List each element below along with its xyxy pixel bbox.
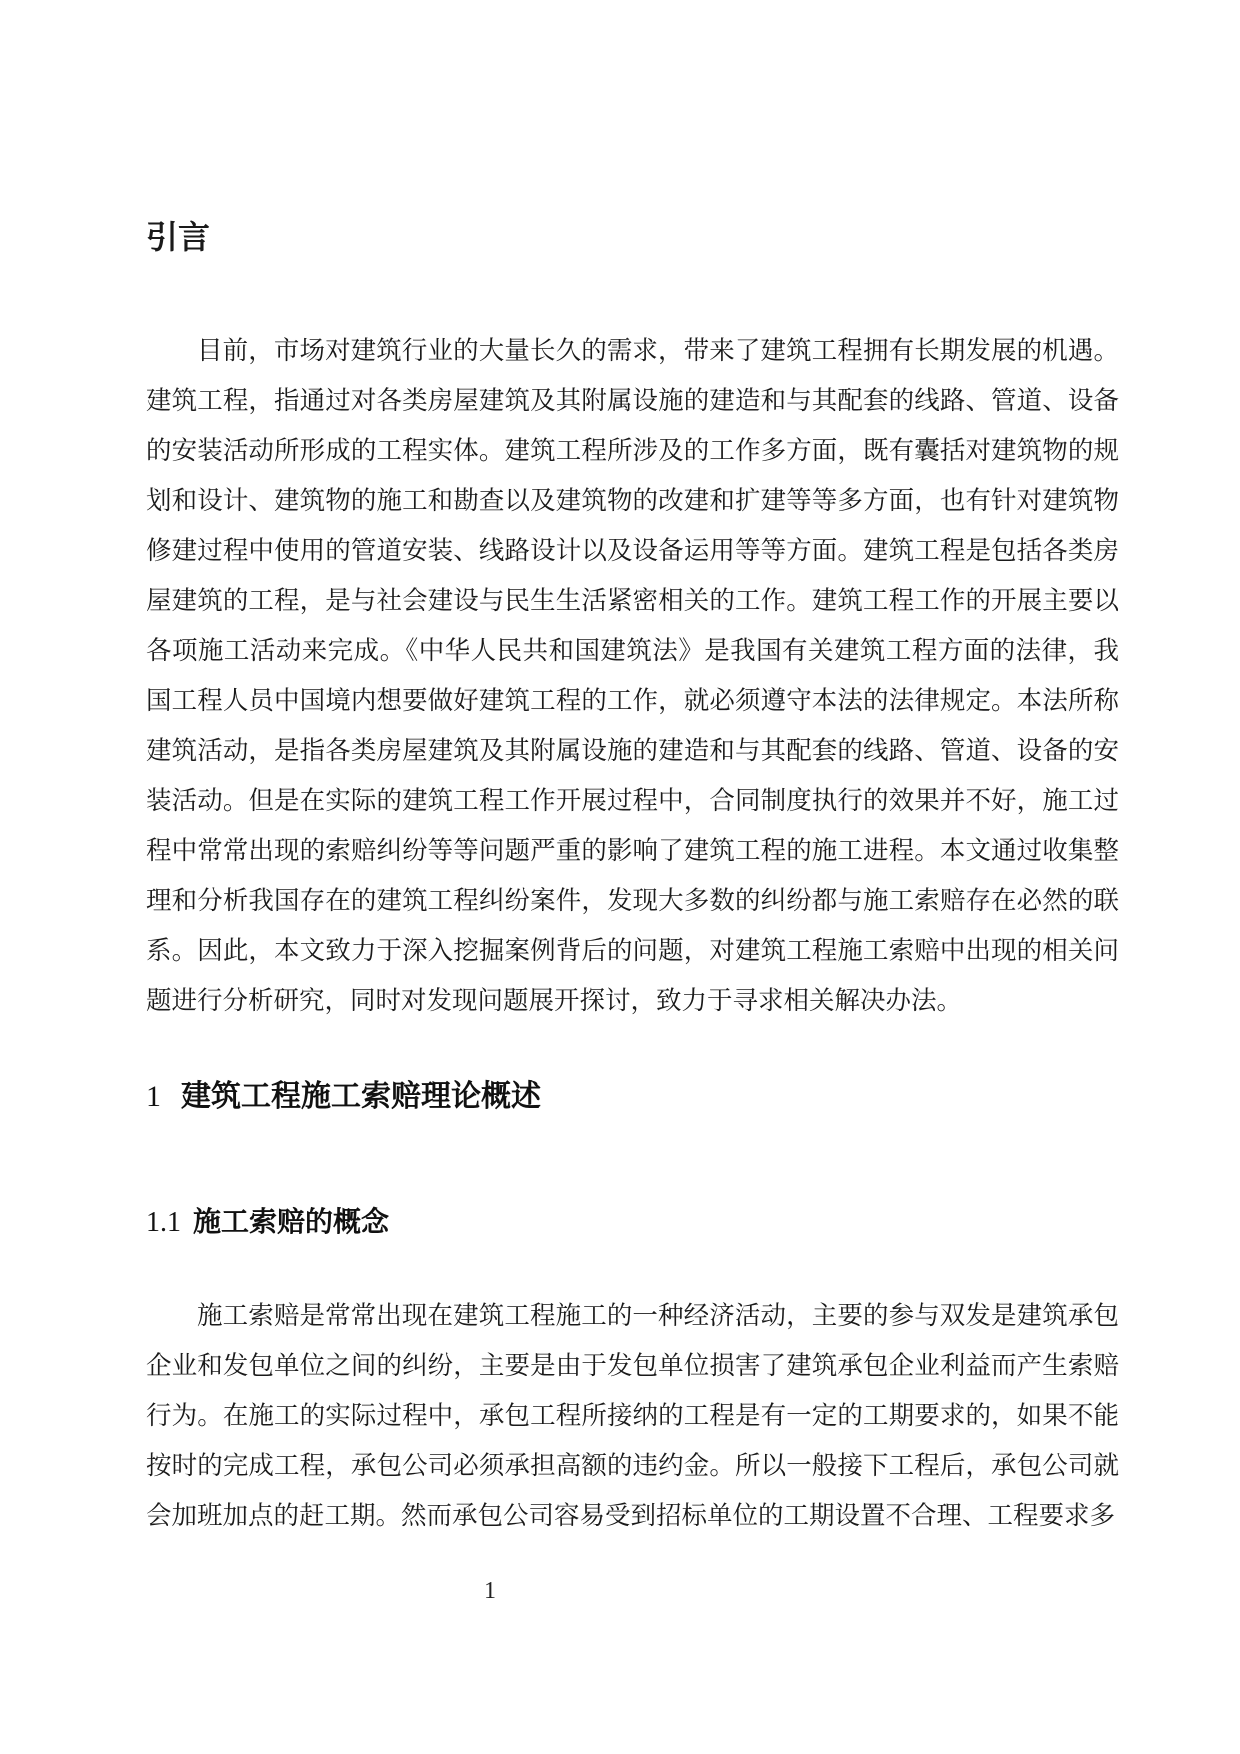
section-1-title: 建筑工程施工索赔理论概述 bbox=[181, 1080, 541, 1113]
subsection-1-1-paragraph: 施工索赔是常常出现在建筑工程施工的一种经济活动，主要的参与双发是建筑承包企业和发… bbox=[146, 1291, 1119, 1541]
subsection-1-1-heading: 1.1施工索赔的概念 bbox=[146, 1202, 1119, 1243]
document-title: 引言 bbox=[146, 216, 1119, 258]
section-1-number: 1 bbox=[146, 1080, 161, 1113]
page-number: 1 bbox=[478, 1576, 502, 1606]
document-page: 引言 目前，市场对建筑行业的大量长久的需求，带来了建筑工程拥有长期发展的机遇。建… bbox=[0, 0, 1240, 1754]
intro-paragraph: 目前，市场对建筑行业的大量长久的需求，带来了建筑工程拥有长期发展的机遇。建筑工程… bbox=[146, 326, 1119, 1026]
subsection-1-1-title: 施工索赔的概念 bbox=[193, 1206, 389, 1237]
subsection-1-1-number: 1.1 bbox=[146, 1207, 181, 1238]
section-1-heading: 1建筑工程施工索赔理论概述 bbox=[146, 1077, 1119, 1117]
